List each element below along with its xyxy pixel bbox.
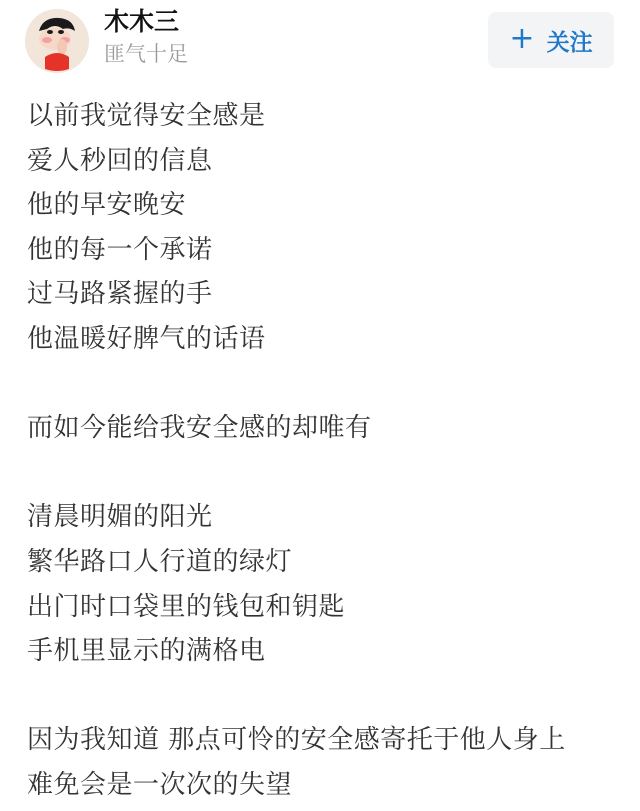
- text-line: 手机里显示的满格电: [27, 629, 627, 674]
- text-line: 而如今能给我安全感的却唯有: [27, 406, 627, 451]
- text-line: 繁华路口人行道的绿灯: [27, 540, 627, 585]
- text-line: 他的每一个承诺: [27, 228, 627, 273]
- paragraph-gap: [27, 362, 627, 407]
- user-bio: 匪气十足: [104, 41, 188, 67]
- cartoon-avatar-icon: [25, 9, 89, 73]
- user-name[interactable]: 木木三: [104, 7, 179, 37]
- paragraph: 以前我觉得安全感是 爱人秒回的信息 他的早安晚安 他的每一个承诺 过马路紧握的手…: [27, 94, 627, 362]
- post-header: 木木三 匪气十足 + 关注: [0, 0, 640, 80]
- paragraph: 而如今能给我安全感的却唯有: [27, 406, 627, 451]
- text-line: 出门时口袋里的钱包和钥匙: [27, 585, 627, 630]
- text-line: 他温暖好脾气的话语: [27, 317, 627, 362]
- text-line: 爱人秒回的信息: [27, 139, 627, 184]
- follow-button[interactable]: + 关注: [488, 12, 614, 68]
- avatar[interactable]: [25, 9, 89, 73]
- paragraph-gap: [27, 451, 627, 496]
- paragraph-gap: [27, 674, 627, 719]
- text-line: 清晨明媚的阳光: [27, 495, 627, 540]
- text-line: 难免会是一次次的失望: [27, 763, 627, 808]
- follow-button-label: 关注: [547, 24, 593, 57]
- text-line: 以前我觉得安全感是: [27, 94, 627, 139]
- post-content: 以前我觉得安全感是 爱人秒回的信息 他的早安晚安 他的每一个承诺 过马路紧握的手…: [27, 94, 627, 808]
- text-line: 过马路紧握的手: [27, 272, 627, 317]
- text-line: 因为我知道 那点可怜的安全感寄托于他人身上: [27, 718, 627, 763]
- paragraph: 清晨明媚的阳光 繁华路口人行道的绿灯 出门时口袋里的钱包和钥匙 手机里显示的满格…: [27, 495, 627, 673]
- paragraph: 因为我知道 那点可怜的安全感寄托于他人身上 难免会是一次次的失望: [27, 718, 627, 807]
- plus-icon: +: [509, 24, 534, 54]
- text-line: 他的早安晚安: [27, 183, 627, 228]
